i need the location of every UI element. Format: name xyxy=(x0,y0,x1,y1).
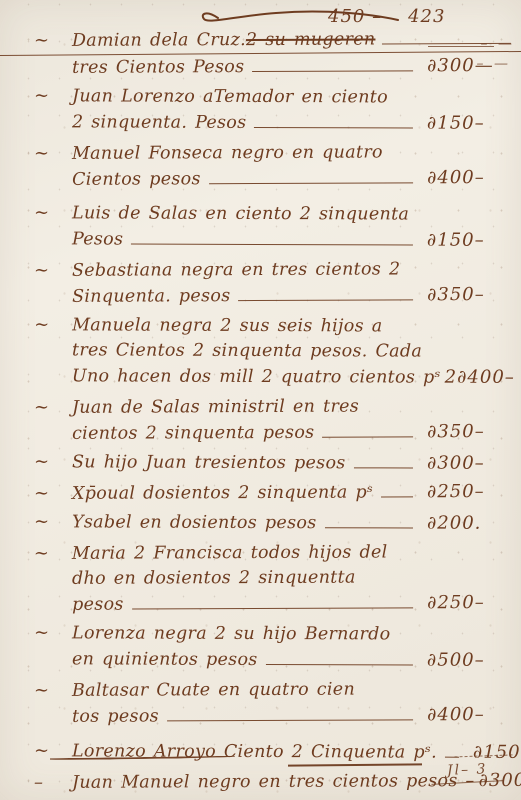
entry-text: dho en dosientos 2 sinquentta xyxy=(72,566,356,592)
entry-text: Manuel Fonseca negro en quatro xyxy=(72,140,383,166)
ledger-entry: ~Damian dela Cruz. 2 su mugerentres Cien… xyxy=(0,26,521,81)
folio-new-number: 423 xyxy=(408,6,445,27)
filler-dash-line xyxy=(266,664,413,666)
filler-dash-line xyxy=(132,607,413,609)
entry-line: pesos∂250– xyxy=(0,590,521,618)
entry-tilde-marker: ~ xyxy=(34,83,72,108)
entry-line: ~Sebastiana negra en tres cientos 2 xyxy=(0,256,521,284)
amount-pesos: ∂400– xyxy=(423,165,515,190)
entry-text: Baltasar Cuate en quatro cien xyxy=(72,678,355,704)
filler-dash-line xyxy=(238,299,413,301)
struck-text: 2 su mugeren xyxy=(246,27,376,53)
entry-tilde-marker: ~ xyxy=(34,200,72,225)
entry-line: en quinientos pesos∂500– xyxy=(0,646,521,674)
entry-line: ~Luis de Salas en ciento 2 sinquenta xyxy=(0,200,521,228)
entry-tilde-marker: – xyxy=(34,770,72,795)
entry-line: 2 sinquenta. Pesos∂150– xyxy=(0,109,521,137)
entry-tilde-marker: ~ xyxy=(34,620,72,645)
entry-line: tres Cientos 2 sinquenta pesos. Cada xyxy=(0,338,521,365)
entry-text: Maria 2 Francisca todos hijos del xyxy=(72,540,388,566)
amount-pesos: ∂350– xyxy=(423,419,515,444)
ledger-entry: ~Luis de Salas en ciento 2 sinquentaPeso… xyxy=(0,200,521,254)
entry-text: Pesos xyxy=(72,227,123,252)
entry-text: Sebastiana negra en tres cientos 2 xyxy=(72,257,401,283)
entry-text: Lorenza negra 2 su hijo Bernardo xyxy=(72,621,391,647)
amount-pesos: ∂250– xyxy=(423,590,515,615)
entry-text: Cientos pesos xyxy=(72,167,201,193)
entry-tilde-marker: ~ xyxy=(34,449,72,474)
amount-pesos: ∂300– xyxy=(423,451,515,476)
entries-list: ~Damian dela Cruz. 2 su mugerentres Cien… xyxy=(0,27,521,799)
entry-line: tres Cientos Pesos∂300— xyxy=(0,53,521,81)
folio-old-number: 450 – xyxy=(328,6,382,27)
amount-pesos: ∂200. xyxy=(423,511,515,536)
filler-dash-line xyxy=(131,244,413,246)
entry-line: ~Juan Lorenzo aTemador en ciento xyxy=(0,83,521,111)
entry-text: Sinquenta. pesos xyxy=(72,284,231,310)
entry-line: cientos 2 sinquenta pesos∂350– xyxy=(0,419,521,447)
entry-text: en quinientos pesos xyxy=(72,647,258,673)
entry-tilde-marker: ~ xyxy=(34,509,72,534)
folio-numbers: 450 –423 xyxy=(328,6,445,27)
entry-text: tos pesos xyxy=(72,704,159,729)
entry-line: ~Juan de Salas ministril en tres xyxy=(0,393,521,421)
entry-text: Uno hacen dos mill 2 quatro cientos pˢ xyxy=(72,364,441,390)
filler-dash-line xyxy=(167,719,413,721)
entry-text: Xp̄oual dosientos 2 sinquenta pˢ xyxy=(72,481,373,507)
entry-line: dho en dosientos 2 sinquentta xyxy=(0,565,521,592)
ledger-entry: –Juan Manuel negro en tres cientos pesos… xyxy=(0,768,521,796)
filler-dash-line xyxy=(322,436,413,437)
entry-line: ~Xp̄oual dosientos 2 sinquenta pˢ∂250– xyxy=(0,479,521,507)
ledger-entry: ~Lorenza negra 2 su hijo Bernardoen quin… xyxy=(0,620,521,674)
amount-pesos: 2∂400– xyxy=(441,365,521,390)
entry-tilde-marker: ~ xyxy=(34,481,72,506)
entry-text: cientos 2 sinquenta pesos xyxy=(72,421,314,447)
entry-text: Luis de Salas en ciento 2 sinquenta xyxy=(72,201,409,227)
amount-pesos: ∂350– xyxy=(423,282,515,307)
filler-dash-line xyxy=(324,527,413,528)
entry-text: Juan Lorenzo aTemador en ciento xyxy=(72,84,388,110)
entry-text: Damian dela Cruz. xyxy=(72,28,246,54)
ledger-entry: ~Maria 2 Francisca todos hijos deldho en… xyxy=(0,539,521,618)
entry-line: ~Lorenza negra 2 su hijo Bernardo xyxy=(0,620,521,648)
filler-dash-line xyxy=(209,182,413,184)
filler-dash-line xyxy=(254,127,413,129)
filler-dash-line xyxy=(381,496,413,497)
amount-pesos: ∂300— xyxy=(423,53,515,78)
amount-pesos: ∂500– xyxy=(423,648,515,673)
ledger-entry: ~Lorenzo Arroyo Ciento 2 Cinquenta pˢ.∂1… xyxy=(0,738,521,766)
manuscript-page: 450 –423 – — – — ~Damian dela Cruz. 2 su… xyxy=(0,0,521,800)
entry-tilde-marker: ~ xyxy=(34,28,72,53)
amount-pesos: ∂150– xyxy=(423,228,515,253)
entry-line: ~Su hijo Juan tresientos pesos∂300– xyxy=(0,449,521,477)
ledger-entry: ~Juan de Salas ministril en trescientos … xyxy=(0,393,521,447)
footer-mark-text: Jl– 3 xyxy=(447,761,488,778)
entry-line: ~Ysabel en dosientos pesos∂200. xyxy=(0,509,521,537)
entry-tilde-marker: ~ xyxy=(34,541,72,566)
entry-text: Juan Manuel negro en tres cientos pesos … xyxy=(72,769,475,796)
entry-text: pesos xyxy=(72,593,124,618)
entry-line: ~Damian dela Cruz. 2 su mugeren xyxy=(0,26,521,55)
filler-dash-line xyxy=(252,70,413,72)
ledger-entry: ~Manuel Fonseca negro en quatroCientos p… xyxy=(0,139,521,193)
entry-line: Cientos pesos∂400– xyxy=(0,165,521,193)
ledger-entry: ~Baltasar Cuate en quatro cientos pesos∂… xyxy=(0,676,521,730)
entry-line: ~Maria 2 Francisca todos hijos del xyxy=(0,539,521,567)
entry-line: ~Manuel Fonseca negro en quatro xyxy=(0,139,521,167)
entry-tilde-marker: ~ xyxy=(34,395,72,420)
entry-text: Juan de Salas ministril en tres xyxy=(72,395,359,421)
amount-pesos: ∂150– xyxy=(423,111,515,136)
entry-text: Manuela negra 2 sus seis hijos a xyxy=(72,313,383,339)
ledger-entry: ~Su hijo Juan tresientos pesos∂300– xyxy=(0,449,521,477)
entry-line: Uno hacen dos mill 2 quatro cientos pˢ2∂… xyxy=(0,363,521,391)
filler-dash-line xyxy=(354,467,413,468)
ledger-entry: ~Juan Lorenzo aTemador en ciento2 sinque… xyxy=(0,83,521,137)
ledger-entry: ~Xp̄oual dosientos 2 sinquenta pˢ∂250– xyxy=(0,479,521,507)
ledger-entry: ~Sebastiana negra en tres cientos 2Sinqu… xyxy=(0,256,521,310)
entry-line: –Juan Manuel negro en tres cientos pesos… xyxy=(0,768,521,796)
entry-line: ~Lorenzo Arroyo Ciento 2 Cinquenta pˢ.∂1… xyxy=(0,738,521,766)
entry-text: Lorenzo Arroyo Ciento 2 Cinquenta pˢ. xyxy=(72,739,437,765)
entry-line: ~Manuela negra 2 sus seis hijos a xyxy=(0,312,521,340)
entry-line: ~Baltasar Cuate en quatro cien xyxy=(0,676,521,704)
entry-text: 2 sinquenta. Pesos xyxy=(72,110,247,136)
amount-pesos: ∂250– xyxy=(423,479,515,504)
entry-text: Ysabel en dosientos pesos xyxy=(72,510,317,536)
entry-line: Sinquenta. pesos∂350– xyxy=(0,282,521,310)
entry-tilde-marker: ~ xyxy=(34,141,72,166)
ledger-entry: ~Manuela negra 2 sus seis hijos atres Ci… xyxy=(0,312,521,391)
entry-tilde-marker: ~ xyxy=(34,312,72,337)
ledger-entry: ~Ysabel en dosientos pesos∂200. xyxy=(0,509,521,537)
entry-text: tres Cientos 2 sinquenta pesos. Cada xyxy=(72,338,422,364)
entry-line: Pesos∂150– xyxy=(0,226,521,254)
strike-extension-line xyxy=(381,43,510,45)
entry-text: Su hijo Juan tresientos pesos xyxy=(72,450,346,476)
footer-mark: Jl– 3 xyxy=(447,761,488,778)
amount-pesos: ∂400– xyxy=(423,702,515,727)
entry-text: tres Cientos Pesos xyxy=(72,55,244,81)
entry-line: tos pesos∂400– xyxy=(0,702,521,730)
entry-tilde-marker: ~ xyxy=(34,258,72,283)
entry-tilde-marker: ~ xyxy=(34,678,72,703)
